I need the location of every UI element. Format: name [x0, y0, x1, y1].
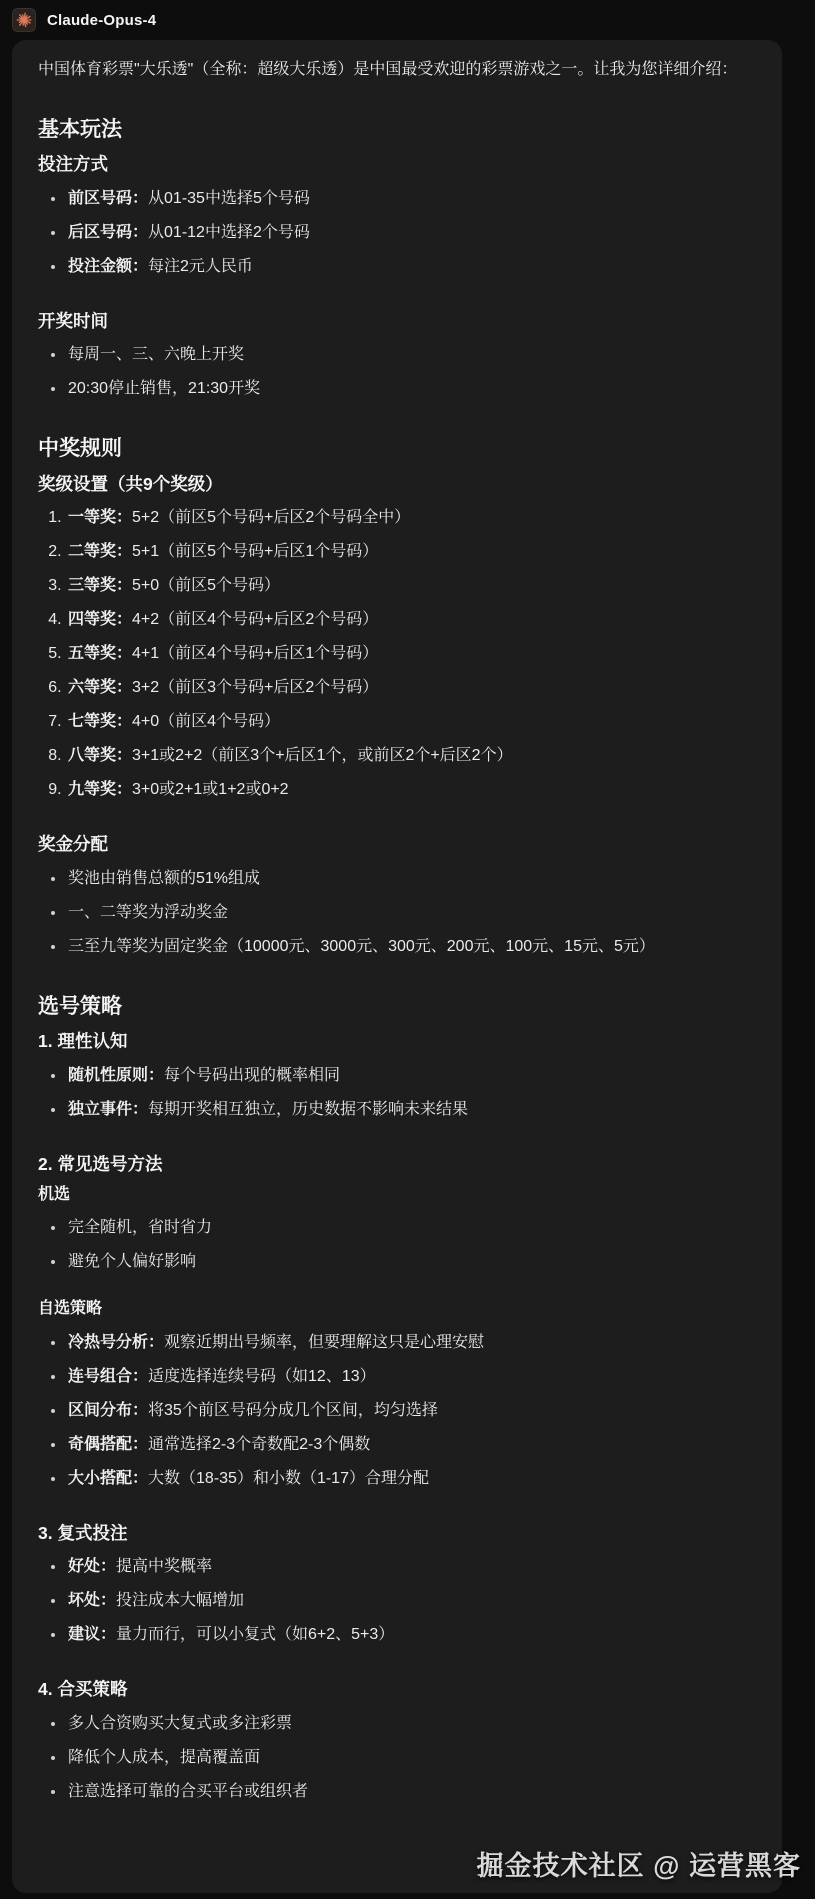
list-item: 建议：量力而行，可以小复式（如6+2、5+3） — [66, 1623, 756, 1647]
list-item: 冷热号分析：观察近期出号频率，但要理解这只是心理安慰 — [66, 1331, 756, 1355]
assistant-message-card: 中国体育彩票"大乐透"（全称：超级大乐透）是中国最受欢迎的彩票游戏之一。让我为您… — [12, 40, 782, 1893]
section-heading: 1. 理性认知 — [38, 1029, 756, 1054]
list-item: 后区号码：从01-12中选择2个号码 — [66, 221, 756, 245]
section-heading: 2. 常见选号方法 — [38, 1152, 756, 1177]
list-item: 坏处：投注成本大幅增加 — [66, 1589, 756, 1613]
list-item: 四等奖：4+2（前区4个号码+后区2个号码） — [66, 608, 756, 632]
section-heading: 奖金分配 — [38, 832, 756, 857]
bullet-list: 随机性原则：每个号码出现的概率相同独立事件：每期开奖相互独立，历史数据不影响未来… — [38, 1064, 756, 1122]
paragraph: 中国体育彩票"大乐透"（全称：超级大乐透）是中国最受欢迎的彩票游戏之一。让我为您… — [38, 58, 756, 82]
list-item: 二等奖：5+1（前区5个号码+后区1个号码） — [66, 540, 756, 564]
section-heading: 自选策略 — [38, 1298, 756, 1320]
list-item: 多人合资购买大复式或多注彩票 — [66, 1712, 756, 1736]
list-item: 完全随机，省时省力 — [66, 1216, 756, 1240]
list-item-term: 建议： — [68, 1626, 116, 1643]
list-item: 九等奖：3+0或2+1或1+2或0+2 — [66, 778, 756, 802]
list-item-term: 后区号码： — [68, 224, 148, 241]
list-item: 20:30停止销售，21:30开奖 — [66, 377, 756, 401]
list-item: 七等奖：4+0（前区4个号码） — [66, 710, 756, 734]
list-item: 前区号码：从01-35中选择5个号码 — [66, 187, 756, 211]
list-item: 投注金额：每注2元人民币 — [66, 255, 756, 279]
list-item: 三等奖：5+0（前区5个号码） — [66, 574, 756, 598]
claude-starburst-icon — [12, 8, 36, 32]
chat-window: Claude-Opus-4 中国体育彩票"大乐透"（全称：超级大乐透）是中国最受… — [0, 0, 815, 40]
list-item: 避免个人偏好影响 — [66, 1250, 756, 1274]
list-item: 随机性原则：每个号码出现的概率相同 — [66, 1064, 756, 1088]
list-item-term: 九等奖： — [68, 781, 132, 798]
list-item-term: 二等奖： — [68, 543, 132, 560]
section-heading: 机选 — [38, 1184, 756, 1206]
list-item: 奖池由销售总额的51%组成 — [66, 867, 756, 891]
list-item: 每周一、三、六晚上开奖 — [66, 343, 756, 367]
section-heading: 投注方式 — [38, 152, 756, 177]
list-item-term: 区间分布： — [68, 1402, 148, 1419]
bullet-list: 每周一、三、六晚上开奖20:30停止销售，21:30开奖 — [38, 343, 756, 401]
list-item-term: 四等奖： — [68, 611, 132, 628]
list-item-term: 七等奖： — [68, 713, 132, 730]
section-heading: 选号策略 — [38, 993, 756, 1021]
list-item-term: 连号组合： — [68, 1368, 148, 1385]
list-item-term: 三等奖： — [68, 577, 132, 594]
section-heading: 4. 合买策略 — [38, 1677, 756, 1702]
list-item-term: 前区号码： — [68, 190, 148, 207]
list-item: 大小搭配：大数（18-35）和小数（1-17）合理分配 — [66, 1467, 756, 1491]
list-item: 区间分布：将35个前区号码分成几个区间，均匀选择 — [66, 1399, 756, 1423]
section-heading: 开奖时间 — [38, 309, 756, 334]
section-heading: 奖级设置（共9个奖级） — [38, 472, 756, 497]
bullet-list: 冷热号分析：观察近期出号频率，但要理解这只是心理安慰连号组合：适度选择连续号码（… — [38, 1331, 756, 1491]
model-name: Claude-Opus-4 — [47, 12, 156, 29]
bullet-list: 前区号码：从01-35中选择5个号码后区号码：从01-12中选择2个号码投注金额… — [38, 187, 756, 279]
title-bar: Claude-Opus-4 — [0, 0, 815, 40]
list-item: 八等奖：3+1或2+2（前区3个+后区1个，或前区2个+后区2个） — [66, 744, 756, 768]
list-item: 连号组合：适度选择连续号码（如12、13） — [66, 1365, 756, 1389]
list-item-term: 八等奖： — [68, 747, 132, 764]
list-item: 六等奖：3+2（前区3个号码+后区2个号码） — [66, 676, 756, 700]
list-item: 注意选择可靠的合买平台或组织者 — [66, 1780, 756, 1804]
list-item: 一、二等奖为浮动奖金 — [66, 901, 756, 925]
list-item-term: 投注金额： — [68, 258, 148, 275]
list-item-term: 五等奖： — [68, 645, 132, 662]
list-item-term: 一等奖： — [68, 509, 132, 526]
section-heading: 3. 复式投注 — [38, 1521, 756, 1546]
list-item: 好处：提高中奖概率 — [66, 1555, 756, 1579]
bullet-list: 奖池由销售总额的51%组成一、二等奖为浮动奖金三至九等奖为固定奖金（10000元… — [38, 867, 756, 959]
list-item-term: 随机性原则： — [68, 1067, 164, 1084]
list-item: 三至九等奖为固定奖金（10000元、3000元、300元、200元、100元、1… — [66, 935, 756, 959]
list-item-term: 奇偶搭配： — [68, 1436, 148, 1453]
list-item-term: 独立事件： — [68, 1101, 148, 1118]
list-item: 五等奖：4+1（前区4个号码+后区1个号码） — [66, 642, 756, 666]
bullet-list: 好处：提高中奖概率坏处：投注成本大幅增加建议：量力而行，可以小复式（如6+2、5… — [38, 1555, 756, 1647]
watermark-text: 掘金技术社区 @ 运营黑客 — [477, 1844, 801, 1883]
numbered-list: 一等奖：5+2（前区5个号码+后区2个号码全中）二等奖：5+1（前区5个号码+后… — [38, 506, 756, 802]
list-item: 降低个人成本，提高覆盖面 — [66, 1746, 756, 1770]
bullet-list: 多人合资购买大复式或多注彩票降低个人成本，提高覆盖面注意选择可靠的合买平台或组织… — [38, 1712, 756, 1804]
section-heading: 中奖规则 — [38, 435, 756, 463]
list-item: 奇偶搭配：通常选择2-3个奇数配2-3个偶数 — [66, 1433, 756, 1457]
list-item-term: 大小搭配： — [68, 1470, 148, 1487]
list-item: 独立事件：每期开奖相互独立，历史数据不影响未来结果 — [66, 1098, 756, 1122]
message-content: 中国体育彩票"大乐透"（全称：超级大乐透）是中国最受欢迎的彩票游戏之一。让我为您… — [38, 58, 756, 1804]
list-item-term: 冷热号分析： — [68, 1334, 164, 1351]
list-item: 一等奖：5+2（前区5个号码+后区2个号码全中） — [66, 506, 756, 530]
list-item-term: 六等奖： — [68, 679, 132, 696]
list-item-term: 坏处： — [68, 1592, 116, 1609]
section-heading: 基本玩法 — [38, 116, 756, 144]
bullet-list: 完全随机，省时省力避免个人偏好影响 — [38, 1216, 756, 1274]
list-item-term: 好处： — [68, 1558, 116, 1575]
